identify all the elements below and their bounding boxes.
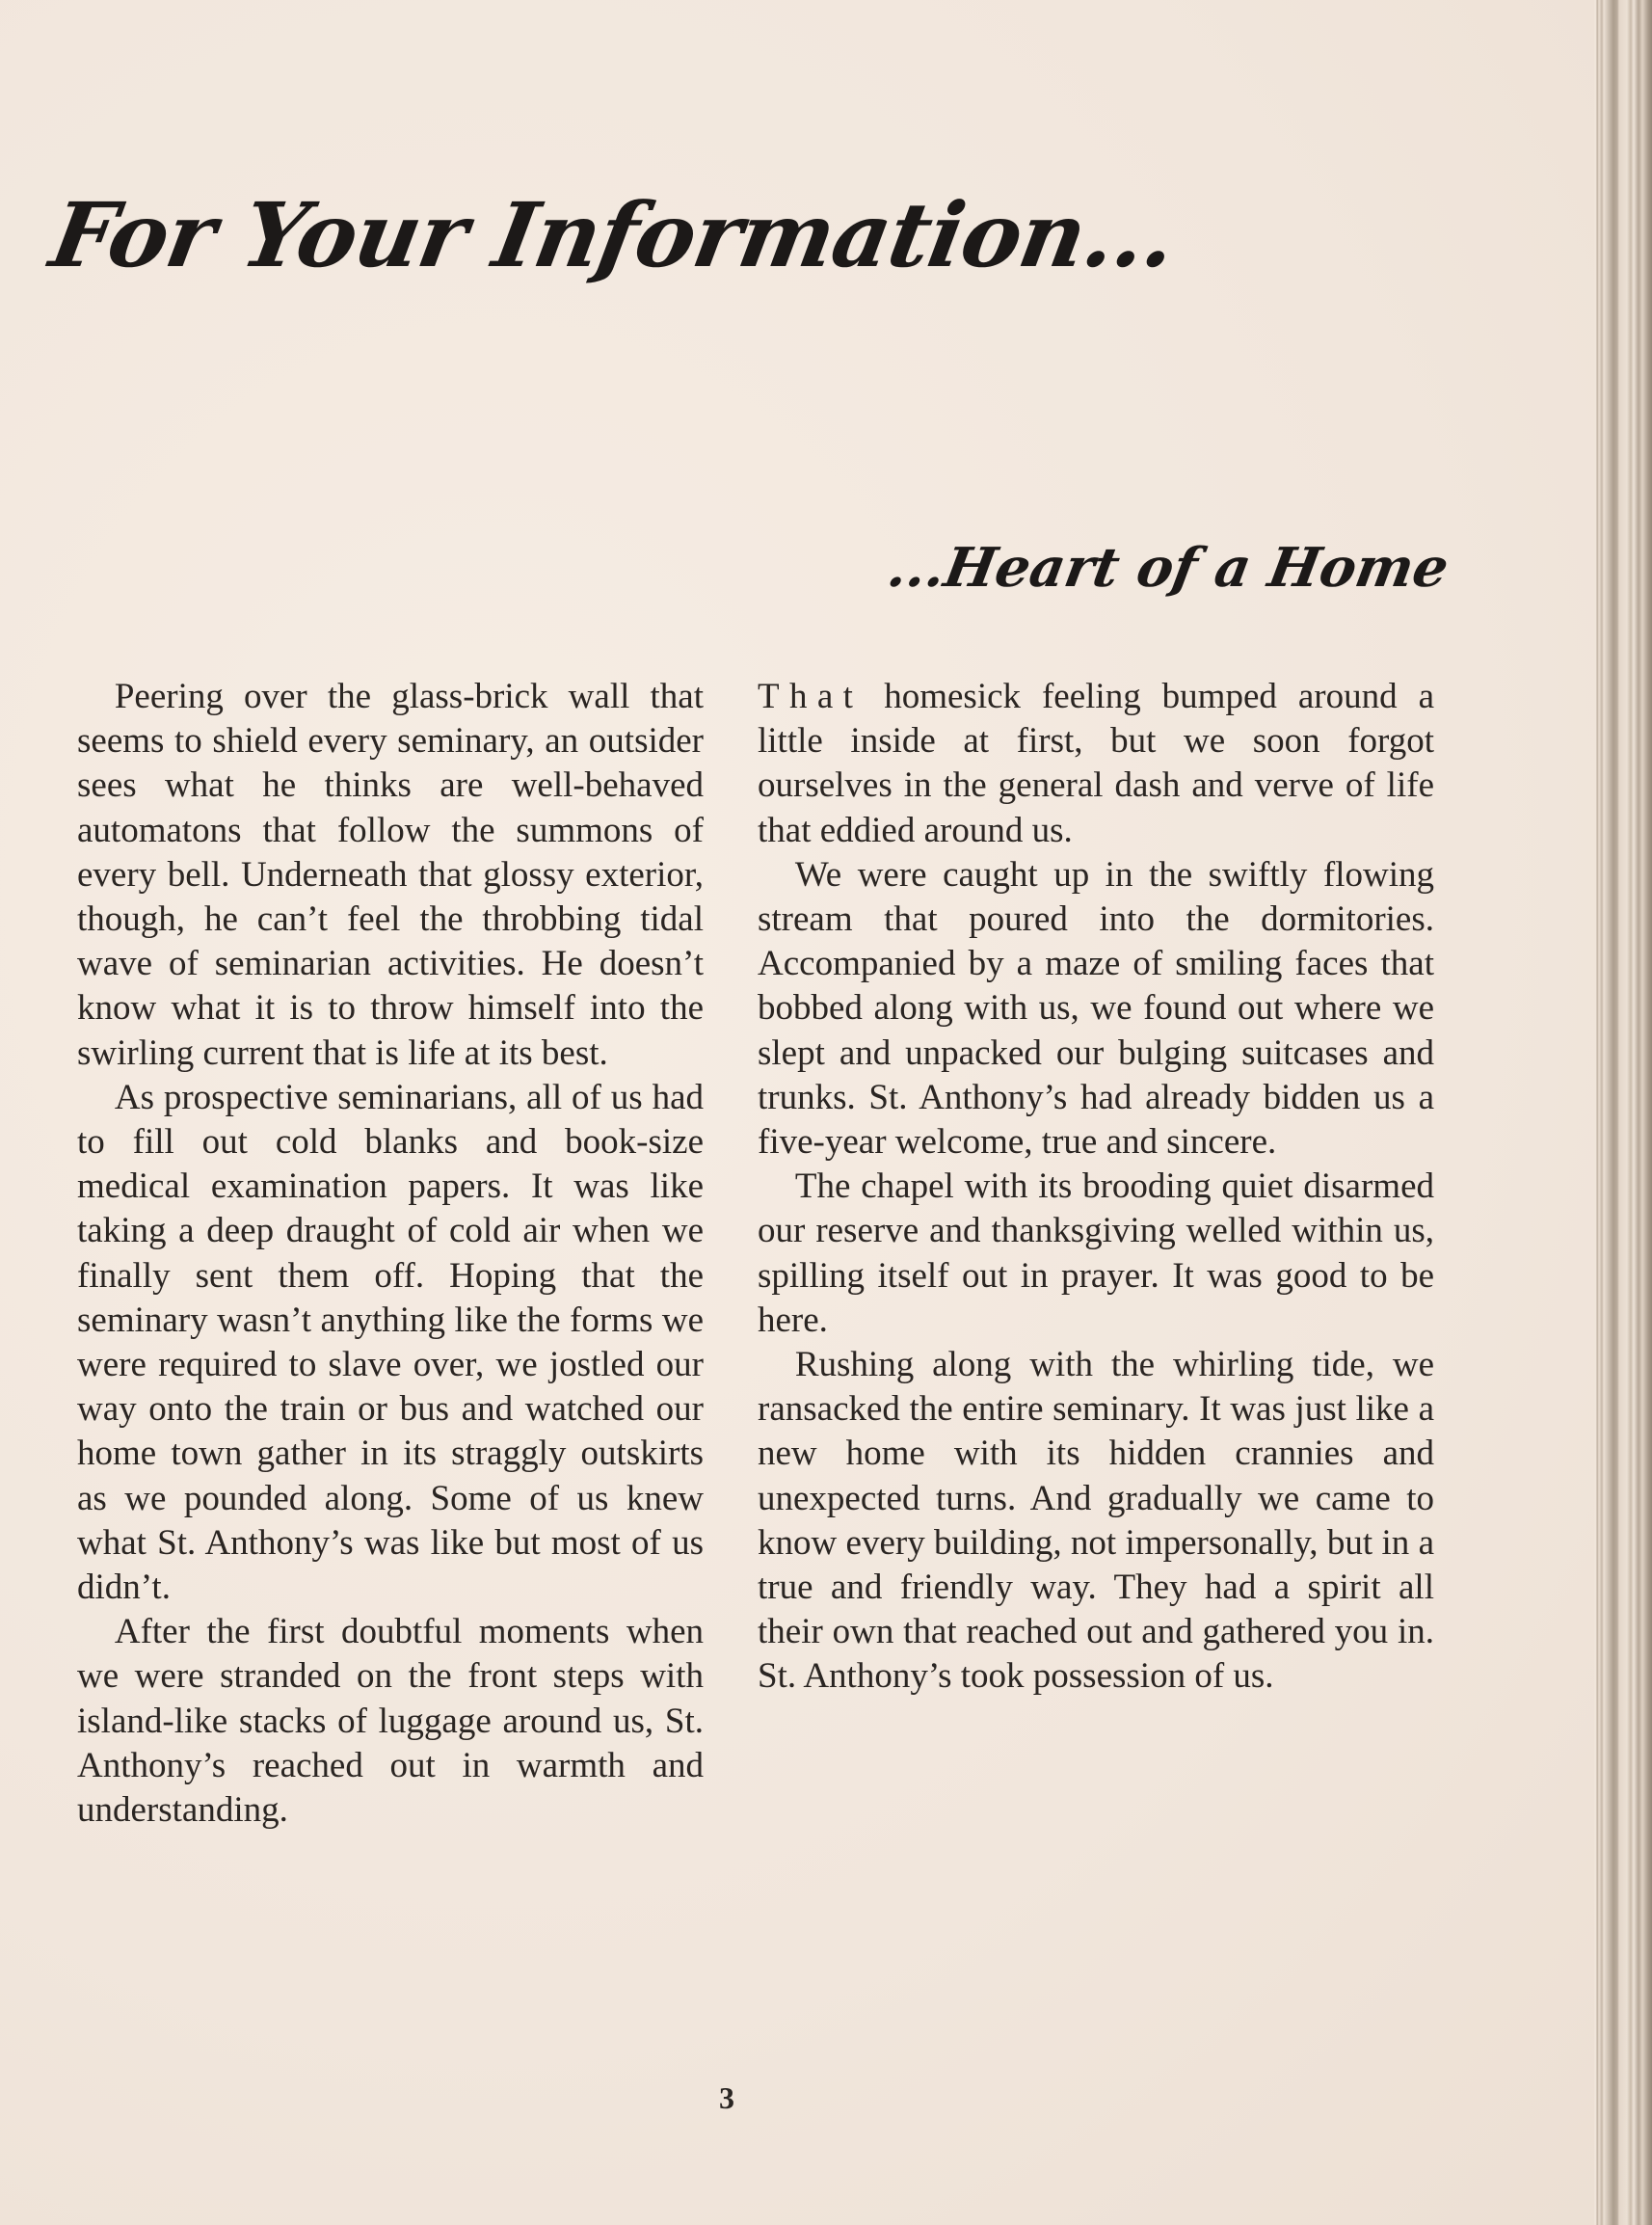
continuation-paragraph: That homesick feeling bumped around a li…	[758, 675, 1434, 853]
paragraph: As prospective seminarians, all of us ha…	[77, 1076, 704, 1610]
right-column: That homesick feeling bumped around a li…	[758, 675, 1434, 1700]
book-page: For Your Information... ...Heart of a Ho…	[0, 0, 1652, 2225]
paragraph: Rushing along with the whirling tide, we…	[758, 1343, 1434, 1700]
page-subtitle: ...Heart of a Home	[883, 536, 1453, 600]
paragraph: Peering over the glass-brick wall that s…	[77, 675, 704, 1076]
page-title: For Your Information...	[43, 183, 1184, 287]
paragraph: The chapel with its brooding quiet disar…	[758, 1165, 1434, 1343]
page-edges-stack	[1594, 0, 1652, 2225]
paragraph: After the first doubtful moments when we…	[77, 1610, 704, 1833]
continuation-lead-word: That	[758, 677, 863, 716]
page-number: 3	[719, 2080, 734, 2116]
left-column: Peering over the glass-brick wall that s…	[77, 675, 704, 1833]
paragraph: We were caught up in the swiftly flowing…	[758, 853, 1434, 1165]
